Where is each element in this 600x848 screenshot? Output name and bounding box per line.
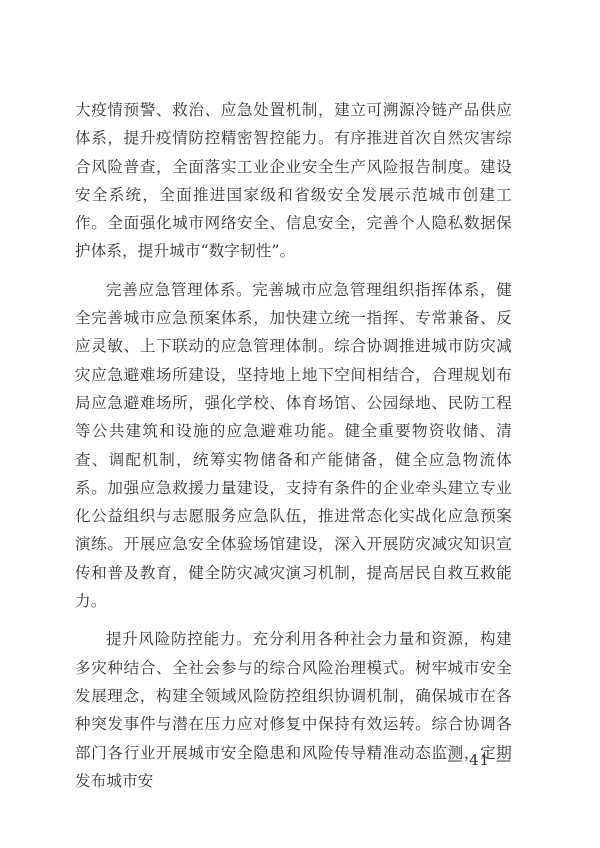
page-number: — 41 — bbox=[75, 751, 512, 769]
paragraph-emergency-management: 完善应急管理体系。完善城市应急管理组织指挥体系，健全完善城市应急预案体系，加快建… bbox=[75, 276, 512, 616]
paragraph-risk-prevention: 提升风险防控能力。充分利用各种社会力量和资源，构建多灾种结合、全社会参与的综合风… bbox=[75, 625, 512, 795]
paragraph-continuation: 大疫情预警、救治、应急处置机制，建立可溯源冷链产品供应体系，提升疫情防控精密智控… bbox=[75, 96, 512, 266]
page-body-text: 大疫情预警、救治、应急处置机制，建立可溯源冷链产品供应体系，提升疫情防控精密智控… bbox=[75, 96, 512, 795]
document-page: 大疫情预警、救治、应急处置机制，建立可溯源冷链产品供应体系，提升疫情防控精密智控… bbox=[0, 0, 600, 848]
